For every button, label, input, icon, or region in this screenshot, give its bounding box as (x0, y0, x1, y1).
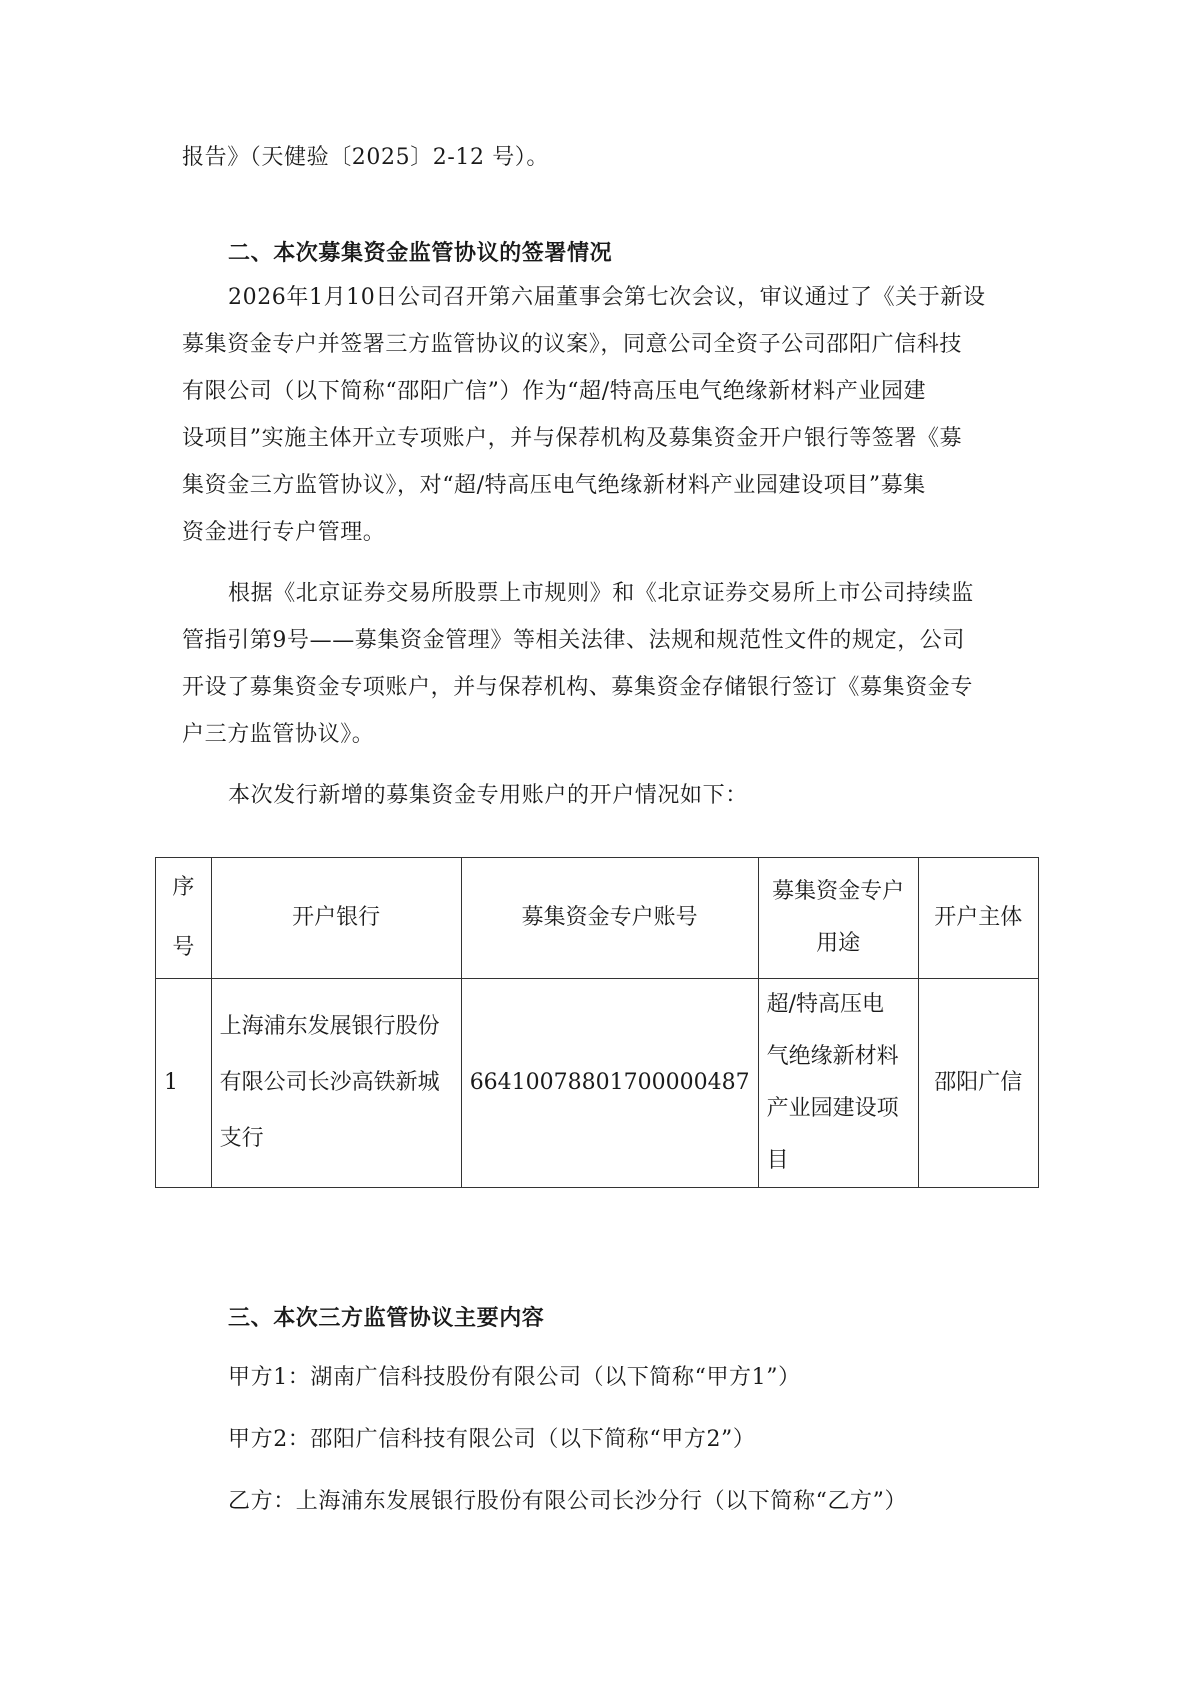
cell-account: 66410078801700000487 (461, 979, 758, 1188)
cell-usage: 超/特高压电 气绝缘新材料 产业园建设项 目 (758, 979, 918, 1188)
paragraph-2-line: 户三方监管协议》。 (182, 720, 1017, 750)
section-2-heading: 二、本次募集资金监管协议的签署情况 (228, 238, 1063, 268)
header-bank: 开户银行 (211, 858, 461, 979)
party-line: 乙方：上海浦东发展银行股份有限公司长沙分行（以下简称“乙方”） (228, 1487, 1063, 1517)
cell-seq: 1 (156, 979, 212, 1188)
paragraph-2-line: 根据《北京证券交易所股票上市规则》和《北京证券交易所上市公司持续监 (228, 579, 1063, 609)
header-account: 募集资金专户账号 (461, 858, 758, 979)
cell-entity: 邵阳广信 (918, 979, 1038, 1188)
accounts-table: 序 号 开户银行 募集资金专户账号 募集资金专户 用途 开户主体 1 上海浦东发… (155, 857, 1039, 1188)
paragraph-1-line: 募集资金专户并签署三方监管协议的议案》，同意公司全资子公司邵阳广信科技 (182, 330, 1017, 360)
paragraph-1-line: 2026年1月10日公司召开第六届董事会第七次会议，审议通过了《关于新设 (228, 283, 1063, 313)
header-usage: 募集资金专户 用途 (758, 858, 918, 979)
paragraph-1-line: 设项目”实施主体开立专项账户，并与保荐机构及募集资金开户银行等签署《募 (182, 424, 1017, 454)
paragraph-2-line: 开设了募集资金专项账户，并与保荐机构、募集资金存储银行签订《募集资金专 (182, 673, 1017, 703)
paragraph-1-line: 集资金三方监管协议》，对“超/特高压电气绝缘新材料产业园建设项目”募集 (182, 471, 1017, 501)
paragraph-1-line: 资金进行专户管理。 (182, 518, 1017, 548)
cell-bank: 上海浦东发展银行股份 有限公司长沙高铁新城 支行 (211, 979, 461, 1188)
section-3-heading: 三、本次三方监管协议主要内容 (228, 1303, 1063, 1333)
header-seq: 序 号 (156, 858, 212, 979)
header-entity: 开户主体 (918, 858, 1038, 979)
party-line: 甲方1：湖南广信科技股份有限公司（以下简称“甲方1”） (228, 1363, 1063, 1393)
continuation-line: 报告》（天健验〔2025〕2-12 号）。 (182, 143, 1017, 173)
paragraph-2-line: 管指引第9号——募集资金管理》等相关法律、法规和规范性文件的规定，公司 (182, 626, 1017, 656)
paragraph-1-line: 有限公司（以下简称“邵阳广信”）作为“超/特高压电气绝缘新材料产业园建 (182, 377, 1017, 407)
table-row: 1 上海浦东发展银行股份 有限公司长沙高铁新城 支行 6641007880170… (156, 979, 1039, 1188)
table-intro: 本次发行新增的募集资金专用账户的开户情况如下： (228, 781, 1063, 811)
table-header-row: 序 号 开户银行 募集资金专户账号 募集资金专户 用途 开户主体 (156, 858, 1039, 979)
party-line: 甲方2：邵阳广信科技有限公司（以下简称“甲方2”） (228, 1425, 1063, 1455)
document-page: 报告》（天健验〔2025〕2-12 号）。 二、本次募集资金监管协议的签署情况 … (0, 0, 1190, 1683)
